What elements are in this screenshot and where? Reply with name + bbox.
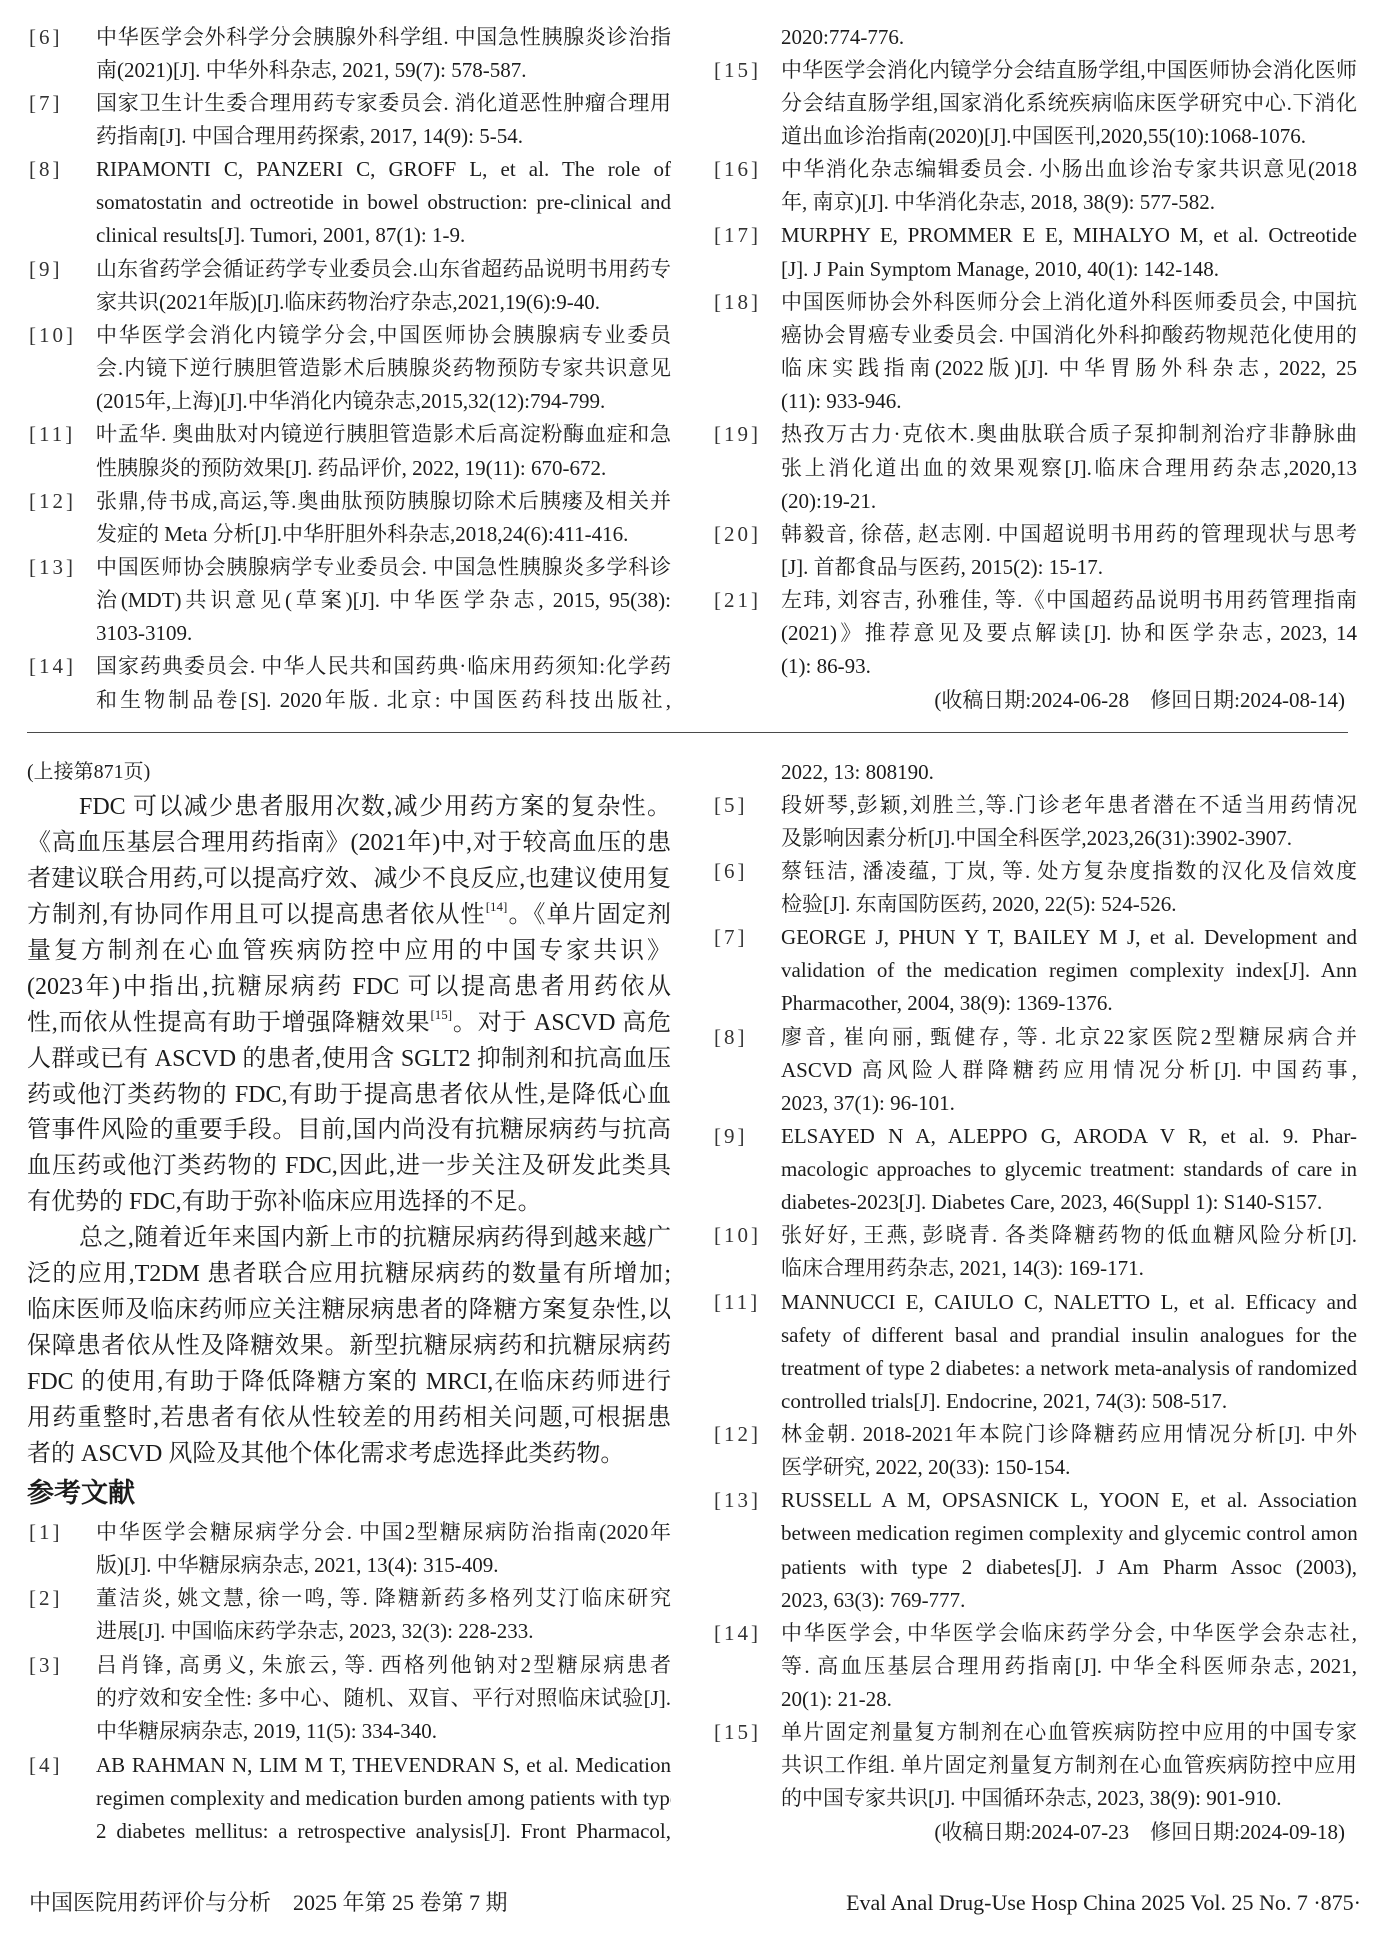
- reference-item: [12] 林金朝. 2018-2021年本院门诊降糖药应用情况分析[J]. 中外…: [714, 1418, 1357, 1484]
- reference-item: [16] 中华消化杂志编辑委员会. 小肠出血诊治专家共识意见(2018 年, 南…: [714, 153, 1357, 219]
- reference-line: 南(2021)[J]. 中华外科杂志, 2021, 59(7): 578-587…: [96, 54, 671, 87]
- reference-line: clinical results[J]. Tumori, 2001, 87(1)…: [96, 219, 671, 252]
- reference-line: AB RAHMAN N, LIM M T, THEVENDRAN S, et a…: [96, 1749, 671, 1782]
- reference-line: 临床实践指南(2022版)[J]. 中华胃肠外科杂志, 2022, 25: [781, 352, 1357, 385]
- reference-line: validation of the medication regimen com…: [781, 954, 1357, 987]
- body-line: 《高血压基层合理用药指南》(2021年)中,对于较高血压的患: [27, 826, 671, 862]
- reference-number: [3]: [29, 1649, 63, 1682]
- reference-item: [6] 蔡钰洁, 潘凌蕴, 丁岚, 等. 处方复杂度指数的汉化及信效度 检验[J…: [714, 855, 1357, 921]
- reference-line: 左玮, 刘容吉, 孙雅佳, 等.《中国超药品说明书用药管理指南: [781, 584, 1357, 617]
- reference-line: 张鼎,侍书成,高运,等.奥曲肽预防胰腺切除术后胰瘘及相关并: [96, 485, 671, 518]
- reference-line: 分会结直肠学组,国家消化系统疾病临床医学研究中心.下消化: [781, 87, 1357, 120]
- reference-line: 治(MDT)共识意见(草案)[J]. 中华医学杂志, 2015, 95(38):: [96, 584, 671, 617]
- reference-item: [13] 中国医师协会胰腺病学专业委员会. 中国急性胰腺炎多学科诊 治(MDT)…: [29, 551, 671, 650]
- reference-item: [14] 中华医学会, 中华医学会临床药学分会, 中华医学会杂志社, 等. 高血…: [714, 1617, 1357, 1716]
- reference-line: Pharmacother, 2004, 38(9): 1369-1376.: [781, 987, 1357, 1020]
- reference-number: [13]: [29, 551, 76, 584]
- reference-number: [13]: [714, 1484, 761, 1517]
- reference-number: [8]: [29, 153, 63, 186]
- reference-line: ELSAYED N A, ALEPPO G, ARODA V R, et al.…: [781, 1120, 1357, 1153]
- reference-number: [17]: [714, 219, 761, 252]
- reference-item: [17] MURPHY E, PROMMER E E, MIHALYO M, e…: [714, 219, 1357, 285]
- reference-item: [7] 国家卫生计生委合理用药专家委员会. 消化道恶性肿瘤合理用 药指南[J].…: [29, 87, 671, 153]
- section-divider: [27, 732, 1348, 733]
- reference-line: [J]. 首都食品与医药, 2015(2): 15-17.: [781, 551, 1357, 584]
- body-line: 用药重整时,若患者有依从性较差的用药相关问题,可根据患: [27, 1401, 671, 1437]
- reference-line: 的中国专家共识[J]. 中国循环杂志, 2023, 38(9): 901-910…: [781, 1782, 1357, 1815]
- reference-line: (20):19-21.: [781, 485, 1357, 518]
- article-body: FDC 可以减少患者服用次数,减少用药方案的复杂性。 《高血压基层合理用药指南》…: [27, 790, 671, 1473]
- reference-line: 廖音, 崔向丽, 甄健存, 等. 北京22家医院2型糖尿病合并: [781, 1021, 1357, 1054]
- reference-line: 3103-3109.: [96, 617, 671, 650]
- citation-superscript: [15]: [430, 1007, 452, 1022]
- received-date-note: (收稿日期:2024-06-28 修回日期:2024-08-14): [714, 684, 1357, 717]
- reference-line: RIPAMONTI C, PANZERI C, GROFF L, et al. …: [96, 153, 671, 186]
- reference-number: [1]: [29, 1516, 63, 1549]
- reference-line: 版)[J]. 中华糖尿病杂志, 2021, 13(4): 315-409.: [96, 1549, 671, 1582]
- body-line: FDC 可以减少患者服用次数,减少用药方案的复杂性。: [27, 790, 671, 826]
- reference-line: 中华医学会糖尿病学分会. 中国2型糖尿病防治指南(2020年: [96, 1516, 671, 1549]
- reference-line: 进展[J]. 中国临床药学杂志, 2023, 32(3): 228-233.: [96, 1615, 671, 1648]
- reference-number: [5]: [714, 789, 748, 822]
- reference-line: 2 diabetes mellitus: a retrospective ana…: [96, 1815, 671, 1848]
- reference-item: [3] 吕肖锋, 高勇义, 朱旅云, 等. 西格列他钠对2型糖尿病患者 的疗效和…: [29, 1649, 671, 1749]
- reference-line: 会.内镜下逆行胰胆管造影术后胰腺炎药物预防专家共识意见: [96, 352, 671, 385]
- reference-number: [11]: [714, 1286, 760, 1319]
- body-line: 保障患者依从性及降糖效果。新型抗糖尿病药和抗糖尿病药: [27, 1329, 671, 1365]
- reference-continuation: 2022, 13: 808190.: [714, 756, 1357, 789]
- reference-number: [21]: [714, 584, 761, 617]
- body-line: (2023年)中指出,抗糖尿病药 FDC 可以提高患者用药依从: [27, 970, 671, 1006]
- reference-line: 叶孟华. 奥曲肽对内镜逆行胰胆管造影术后高淀粉酶血症和急: [96, 418, 671, 451]
- reference-line: 董洁炎, 姚文慧, 徐一鸣, 等. 降糖新药多格列艾汀临床研究: [96, 1582, 671, 1615]
- reference-line: 临床合理用药杂志, 2021, 14(3): 169-171.: [781, 1252, 1357, 1285]
- reference-number: [15]: [714, 1716, 761, 1749]
- reference-item: [20] 韩毅音, 徐蓓, 赵志刚. 中国超说明书用药的管理现状与思考 [J].…: [714, 518, 1357, 584]
- reference-line: 张上消化道出血的效果观察[J].临床合理用药杂志,2020,13: [781, 452, 1357, 485]
- reference-line: 段妍琴,彭颖,刘胜兰,等.门诊老年患者潜在不适当用药情况: [781, 789, 1357, 822]
- reference-line: 20(1): 21-28.: [781, 1683, 1357, 1716]
- reference-number: [19]: [714, 418, 761, 451]
- reference-line: 热孜万古力·克依木.奥曲肽联合质子泵抑制剂治疗非静脉曲: [781, 418, 1357, 451]
- reference-item: [19] 热孜万古力·克依木.奥曲肽联合质子泵抑制剂治疗非静脉曲 张上消化道出血…: [714, 418, 1357, 517]
- reference-item: [15] 单片固定剂量复方制剂在心血管疾病防控中应用的中国专家 共识工作组. 单…: [714, 1716, 1357, 1815]
- reference-line: MURPHY E, PROMMER E E, MIHALYO M, et al.…: [781, 219, 1357, 252]
- received-date-note: (收稿日期:2024-07-23 修回日期:2024-09-18): [714, 1816, 1357, 1849]
- reference-line: between medication regimen complexity an…: [781, 1517, 1357, 1550]
- reference-number: [6]: [714, 855, 748, 888]
- reference-item: [10] 中华医学会消化内镜学分会,中国医师协会胰腺病专业委员 会.内镜下逆行胰…: [29, 319, 671, 418]
- reference-line: 性胰腺炎的预防效果[J]. 药品评价, 2022, 19(11): 670-67…: [96, 452, 671, 485]
- reference-line: controlled trials[J]. Endocrine, 2021, 7…: [781, 1385, 1357, 1418]
- reference-line: [J]. J Pain Symptom Manage, 2010, 40(1):…: [781, 253, 1357, 286]
- reference-line: 年, 南京)[J]. 中华消化杂志, 2018, 38(9): 577-582.: [781, 186, 1357, 219]
- reference-line: RUSSELL A M, OPSASNICK L, YOON E, et al.…: [781, 1484, 1357, 1517]
- reference-item: [6] 中华医学会外科学分会胰腺外科学组. 中国急性胰腺炎诊治指 南(2021)…: [29, 21, 671, 87]
- paragraph: FDC 可以减少患者服用次数,减少用药方案的复杂性。 《高血压基层合理用药指南》…: [27, 790, 671, 1221]
- reference-line: 及影响因素分析[J].中国全科医学,2023,26(31):3902-3907.: [781, 822, 1357, 855]
- reference-item: [14] 国家药典委员会. 中华人民共和国药典·临床用药须知:化学药 和生物制品…: [29, 650, 671, 716]
- reference-item: [11] 叶孟华. 奥曲肽对内镜逆行胰胆管造影术后高淀粉酶血症和急 性胰腺炎的预…: [29, 418, 671, 484]
- reference-item: [10] 张好好, 王燕, 彭晓青. 各类降糖药物的低血糖风险分析[J]. 临床…: [714, 1219, 1357, 1285]
- reference-line: 中华医学会外科学分会胰腺外科学组. 中国急性胰腺炎诊治指: [96, 21, 671, 54]
- reference-number: [2]: [29, 1582, 63, 1615]
- reference-number: [16]: [714, 153, 761, 186]
- reference-continuation: 2020:774-776.: [714, 21, 1357, 54]
- reference-number: [7]: [29, 87, 63, 120]
- reference-item: [9] 山东省药学会循证药学专业委员会.山东省超药品说明书用药专 家共识(202…: [29, 253, 671, 319]
- reference-line: 共识工作组. 单片固定剂量复方制剂在心血管疾病防控中应用: [781, 1749, 1357, 1782]
- reference-item: [12] 张鼎,侍书成,高运,等.奥曲肽预防胰腺切除术后胰瘘及相关并 发症的 M…: [29, 485, 671, 551]
- reference-item: [18] 中国医师协会外科医师分会上消化道外科医师委员会, 中国抗 癌协会胃癌专…: [714, 286, 1357, 419]
- reference-number: [15]: [714, 54, 761, 87]
- body-text: 。《单片固定剂: [507, 902, 671, 928]
- reference-number: [14]: [714, 1617, 761, 1650]
- reference-number: [12]: [29, 485, 76, 518]
- bottom-right-reference-column: 2022, 13: 808190. [5] 段妍琴,彭颖,刘胜兰,等.门诊老年患…: [714, 756, 1357, 1849]
- reference-line: 和生物制品卷[S]. 2020年版. 北京: 中国医药科技出版社,: [96, 684, 671, 717]
- reference-number: [10]: [714, 1219, 761, 1252]
- reference-line: (1): 86-93.: [781, 650, 1357, 683]
- reference-number: [9]: [714, 1120, 748, 1153]
- reference-line: 医学研究, 2022, 20(33): 150-154.: [781, 1451, 1357, 1484]
- reference-line: 发症的 Meta 分析[J].中华肝胆外科杂志,2018,24(6):411-4…: [96, 518, 671, 551]
- reference-line: (11): 933-946.: [781, 385, 1357, 418]
- reference-line: patients with type 2 diabetes[J]. J Am P…: [781, 1551, 1357, 1584]
- references-heading: 参考文献: [27, 1474, 135, 1512]
- reference-line: 韩毅音, 徐蓓, 赵志刚. 中国超说明书用药的管理现状与思考: [781, 518, 1357, 551]
- body-line: 者建议联合用药,可以提高疗效、减少不良反应,也建议使用复: [27, 862, 671, 898]
- body-line: 有优势的 FDC,有助于弥补临床应用选择的不足。: [27, 1185, 671, 1221]
- body-line: 血压药或他汀类药物的 FDC,因此,进一步关注及研发此类具: [27, 1149, 671, 1185]
- reference-line: (2015年,上海)[J].中华消化内镜杂志,2015,32(12):794-7…: [96, 385, 671, 418]
- reference-line: 2022, 13: 808190.: [781, 756, 1357, 789]
- footer-journal-issue-en-page-number: Eval Anal Drug-Use Hosp China 2025 Vol. …: [846, 1889, 1361, 1917]
- reference-line: safety of different basal and prandial i…: [781, 1319, 1357, 1352]
- reference-number: [18]: [714, 286, 761, 319]
- reference-number: [7]: [714, 921, 748, 954]
- body-text: 。对于 ASCVD 高危: [452, 1010, 671, 1036]
- reference-item: [11] MANNUCCI E, CAIULO C, NALETTO L, et…: [714, 1286, 1357, 1419]
- bottom-left-reference-column: [1] 中华医学会糖尿病学分会. 中国2型糖尿病防治指南(2020年 版)[J]…: [29, 1516, 671, 1849]
- reference-line: 中国医师协会胰腺病学专业委员会. 中国急性胰腺炎多学科诊: [96, 551, 671, 584]
- reference-item: [5] 段妍琴,彭颖,刘胜兰,等.门诊老年患者潜在不适当用药情况 及影响因素分析…: [714, 789, 1357, 855]
- reference-line: macologic approaches to glycemic treatme…: [781, 1153, 1357, 1186]
- reference-item: [1] 中华医学会糖尿病学分会. 中国2型糖尿病防治指南(2020年 版)[J]…: [29, 1516, 671, 1583]
- reference-line: MANNUCCI E, CAIULO C, NALETTO L, et al. …: [781, 1286, 1357, 1319]
- paragraph: 总之,随着近年来国内新上市的抗糖尿病药得到越来越广 泛的应用,T2DM 患者联合…: [27, 1221, 671, 1473]
- reference-item: [8] RIPAMONTI C, PANZERI C, GROFF L, et …: [29, 153, 671, 252]
- reference-number: [12]: [714, 1418, 761, 1451]
- reference-line: 中华糖尿病杂志, 2019, 11(5): 334-340.: [96, 1715, 671, 1748]
- reference-line: 2023, 63(3): 769-777.: [781, 1584, 1357, 1617]
- body-line: 人群或已有 ASCVD 的患者,使用含 SGLT2 抑制剂和抗高血压: [27, 1042, 671, 1078]
- reference-number: [20]: [714, 518, 761, 551]
- reference-number: [6]: [29, 21, 63, 54]
- reference-number: [8]: [714, 1021, 748, 1054]
- reference-item: [7] GEORGE J, PHUN Y T, BAILEY M J, et a…: [714, 921, 1357, 1020]
- top-left-reference-column: [6] 中华医学会外科学分会胰腺外科学组. 中国急性胰腺炎诊治指 南(2021)…: [29, 21, 671, 717]
- reference-line: 张好好, 王燕, 彭晓青. 各类降糖药物的低血糖风险分析[J].: [781, 1219, 1357, 1252]
- reference-line: 蔡钰洁, 潘凌蕴, 丁岚, 等. 处方复杂度指数的汉化及信效度: [781, 855, 1357, 888]
- body-line: 总之,随着近年来国内新上市的抗糖尿病药得到越来越广: [27, 1221, 671, 1257]
- body-text: 性,而依从性提高有助于增强降糖效果: [27, 1010, 430, 1036]
- reference-number: [14]: [29, 650, 76, 683]
- reference-line: 中华医学会, 中华医学会临床药学分会, 中华医学会杂志社,: [781, 1617, 1357, 1650]
- body-line: 临床医师及临床药师应关注糖尿病患者的降糖方案复杂性,以: [27, 1293, 671, 1329]
- reference-line: 等. 高血压基层合理用药指南[J]. 中华全科医师杂志, 2021,: [781, 1650, 1357, 1683]
- body-line: FDC 的使用,有助于降低降糖方案的 MRCI,在临床药师进行: [27, 1365, 671, 1401]
- reference-line: (2021)》推荐意见及要点解读[J]. 协和医学杂志, 2023, 14: [781, 617, 1357, 650]
- reference-item: [21] 左玮, 刘容吉, 孙雅佳, 等.《中国超药品说明书用药管理指南 (20…: [714, 584, 1357, 683]
- reference-item: [13] RUSSELL A M, OPSASNICK L, YOON E, e…: [714, 1484, 1357, 1617]
- reference-line: regimen complexity and medication burden…: [96, 1782, 671, 1815]
- reference-number: [4]: [29, 1749, 63, 1782]
- reference-line: 癌协会胃癌专业委员会. 中国消化外科抑酸药物规范化使用的: [781, 319, 1357, 352]
- body-line: 性,而依从性提高有助于增强降糖效果[15]。对于 ASCVD 高危: [27, 1006, 671, 1042]
- reference-line: ASCVD 高风险人群降糖药应用情况分析[J]. 中国药事,: [781, 1054, 1357, 1087]
- reference-line: 中华医学会消化内镜学分会,中国医师协会胰腺病专业委员: [96, 319, 671, 352]
- reference-line: somatostatin and octreotide in bowel obs…: [96, 186, 671, 219]
- reference-item: [8] 廖音, 崔向丽, 甄健存, 等. 北京22家医院2型糖尿病合并 ASCV…: [714, 1021, 1357, 1120]
- reference-line: 中国医师协会外科医师分会上消化道外科医师委员会, 中国抗: [781, 286, 1357, 319]
- reference-line: 中华消化杂志编辑委员会. 小肠出血诊治专家共识意见(2018: [781, 153, 1357, 186]
- reference-line: 2023, 37(1): 96-101.: [781, 1087, 1357, 1120]
- reference-line: 的疗效和安全性: 多中心、随机、双盲、平行对照临床试验[J].: [96, 1682, 671, 1715]
- reference-number: [9]: [29, 253, 63, 286]
- reference-number: [11]: [29, 418, 75, 451]
- journal-page: [6] 中华医学会外科学分会胰腺外科学组. 中国急性胰腺炎诊治指 南(2021)…: [0, 0, 1375, 1940]
- reference-line: 2020:774-776.: [781, 21, 1357, 54]
- reference-line: 国家卫生计生委合理用药专家委员会. 消化道恶性肿瘤合理用: [96, 87, 671, 120]
- reference-item: [15] 中华医学会消化内镜学分会结直肠学组,中国医师协会消化医师 分会结直肠学…: [714, 54, 1357, 153]
- reference-line: 道出血诊治指南(2020)[J].中国医刊,2020,55(10):1068-1…: [781, 120, 1357, 153]
- reference-line: diabetes-2023[J]. Diabetes Care, 2023, 4…: [781, 1186, 1357, 1219]
- body-text: 方制剂,有协同作用且可以提高患者依从性: [27, 902, 486, 928]
- reference-item: [2] 董洁炎, 姚文慧, 徐一鸣, 等. 降糖新药多格列艾汀临床研究 进展[J…: [29, 1582, 671, 1649]
- reference-line: 单片固定剂量复方制剂在心血管疾病防控中应用的中国专家: [781, 1716, 1357, 1749]
- body-line: 量复方制剂在心血管疾病防控中应用的中国专家共识》: [27, 934, 671, 970]
- reference-line: treatment of type 2 diabetes: a network …: [781, 1352, 1357, 1385]
- body-line: 管事件风险的重要手段。目前,国内尚没有抗糖尿病药与抗高: [27, 1113, 671, 1149]
- reference-item: [4] AB RAHMAN N, LIM M T, THEVENDRAN S, …: [29, 1749, 671, 1849]
- reference-line: 吕肖锋, 高勇义, 朱旅云, 等. 西格列他钠对2型糖尿病患者: [96, 1649, 671, 1682]
- reference-line: 药指南[J]. 中国合理用药探索, 2017, 14(9): 5-54.: [96, 120, 671, 153]
- body-line: 方制剂,有协同作用且可以提高患者依从性[14]。《单片固定剂: [27, 898, 671, 934]
- continued-from-label: (上接第871页): [27, 758, 150, 786]
- footer-journal-issue-cn: 中国医院用药评价与分析 2025 年第 25 卷第 7 期: [29, 1889, 508, 1917]
- reference-line: GEORGE J, PHUN Y T, BAILEY M J, et al. D…: [781, 921, 1357, 954]
- reference-line: 中华医学会消化内镜学分会结直肠学组,中国医师协会消化医师: [781, 54, 1357, 87]
- top-right-reference-column: 2020:774-776. [15] 中华医学会消化内镜学分会结直肠学组,中国医…: [714, 21, 1357, 717]
- body-line: 者的 ASCVD 风险及其他个体化需求考虑选择此类药物。: [27, 1437, 671, 1473]
- citation-superscript: [14]: [486, 899, 508, 914]
- body-line: 药或他汀类药物的 FDC,有助于提高患者依从性,是降低心血: [27, 1078, 671, 1114]
- reference-line: 家共识(2021年版)[J].临床药物治疗杂志,2021,19(6):9-40.: [96, 286, 671, 319]
- reference-item: [9] ELSAYED N A, ALEPPO G, ARODA V R, et…: [714, 1120, 1357, 1219]
- reference-line: 国家药典委员会. 中华人民共和国药典·临床用药须知:化学药: [96, 650, 671, 683]
- body-line: 泛的应用,T2DM 患者联合应用抗糖尿病药的数量有所增加;: [27, 1257, 671, 1293]
- reference-line: 林金朝. 2018-2021年本院门诊降糖药应用情况分析[J]. 中外: [781, 1418, 1357, 1451]
- reference-line: 山东省药学会循证药学专业委员会.山东省超药品说明书用药专: [96, 253, 671, 286]
- reference-line: 检验[J]. 东南国防医药, 2020, 22(5): 524-526.: [781, 888, 1357, 921]
- reference-number: [10]: [29, 319, 76, 352]
